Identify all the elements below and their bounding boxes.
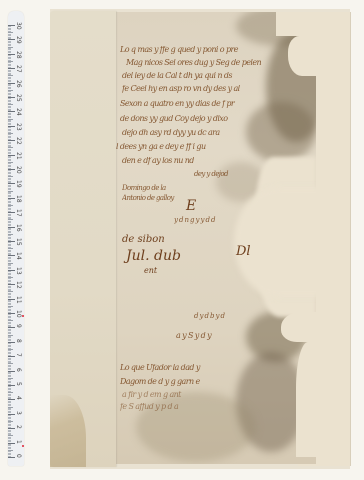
torn-area	[234, 187, 316, 297]
ruler-label: 7	[15, 353, 22, 357]
ruler-label: 16	[15, 224, 22, 232]
measuring-ruler: 3029282726252423222120191817161514131211…	[8, 11, 24, 466]
ruler-label: 2	[15, 425, 22, 429]
manuscript-line: fe S affud y p d a	[120, 403, 270, 411]
ruler-label: 0	[15, 454, 22, 458]
ruler-label: 24	[15, 108, 22, 116]
signature: E	[186, 198, 196, 214]
ruler-label: 13	[15, 267, 22, 275]
ruler-label: 28	[15, 51, 22, 59]
manuscript-line: Antonio de galloy	[122, 194, 177, 202]
signature: de sibon	[122, 234, 165, 245]
ruler-label: 6	[15, 368, 22, 372]
manuscript-line: Dagom de d y g garn e	[120, 378, 275, 386]
manuscript-line: Sexon a quatro en yy dias de f pr	[120, 100, 285, 108]
ruler-label: 22	[15, 137, 22, 145]
ruler-label: 1	[15, 440, 22, 444]
ruler-label: 17	[15, 209, 22, 217]
ruler-label: 8	[15, 339, 22, 343]
manuscript-line: fe Ceel hy en asp ro vn dy des y al	[122, 85, 287, 93]
ruler-label: 10	[15, 310, 22, 318]
signature: ent	[144, 266, 157, 275]
ruler-label: 23	[15, 123, 22, 131]
manuscript-line: Lo que Ufador la dad y	[120, 364, 270, 372]
manuscript-line: del ley de la Cal t dh ya qui n ds	[122, 72, 292, 80]
ruler-tick	[8, 457, 15, 458]
ruler-label: 9	[15, 324, 22, 328]
ruler-label: 14	[15, 252, 22, 260]
manuscript-line: a fir y d em g ant	[122, 391, 272, 399]
ruler-label: 15	[15, 238, 22, 246]
manuscript-line: de dons yy gud Coy dejo y dixo	[120, 115, 280, 123]
manuscript-line: Mag nicos Sel ores dug y Seg de pelen	[126, 59, 291, 67]
manuscript-line: l dees yn ga e dey e ff i gu	[116, 143, 246, 151]
ruler-label: 5	[15, 382, 22, 386]
manuscript-line: Lo q mas y ffe g qued y poni o pre	[120, 46, 290, 54]
manuscript-line: dey y dejod	[194, 170, 239, 178]
manuscript-leaf: Lo q mas y ffe g qued y poni o pre Mag n…	[116, 12, 316, 464]
signature: Dl	[236, 244, 251, 259]
ruler-label: 18	[15, 195, 22, 203]
ruler-label: 19	[15, 180, 22, 188]
ruler-label: 27	[15, 65, 22, 73]
manuscript-line: dejo dh asy rd dyy yu dc ara	[122, 129, 267, 137]
torn-area	[281, 312, 316, 342]
ruler-label: 4	[15, 396, 22, 400]
ruler-label: 11	[15, 296, 22, 304]
ruler-label: 25	[15, 94, 22, 102]
manuscript-line: Domingo de la	[122, 184, 177, 192]
manuscript-line: d y d b y d	[194, 312, 264, 320]
torn-area	[276, 12, 316, 36]
ruler-marker-dot	[22, 445, 24, 447]
ruler-label: 29	[15, 36, 22, 44]
ruler-label: 3	[15, 411, 22, 415]
ruler-label: 21	[15, 152, 22, 160]
torn-area	[296, 342, 316, 457]
manuscript-line: y d n g y y d d	[174, 216, 224, 224]
ruler-label: 30	[15, 22, 22, 30]
manuscript-line: den e df ay los nu nd	[122, 157, 202, 165]
ruler-marker-dot	[22, 315, 24, 317]
ruler-label: 26	[15, 80, 22, 88]
ruler-label: 12	[15, 281, 22, 289]
torn-area	[288, 36, 316, 76]
manuscript-line: a y S y d y	[176, 332, 256, 340]
signature: Jul. dub	[126, 248, 181, 264]
ruler-label: 20	[15, 166, 22, 174]
